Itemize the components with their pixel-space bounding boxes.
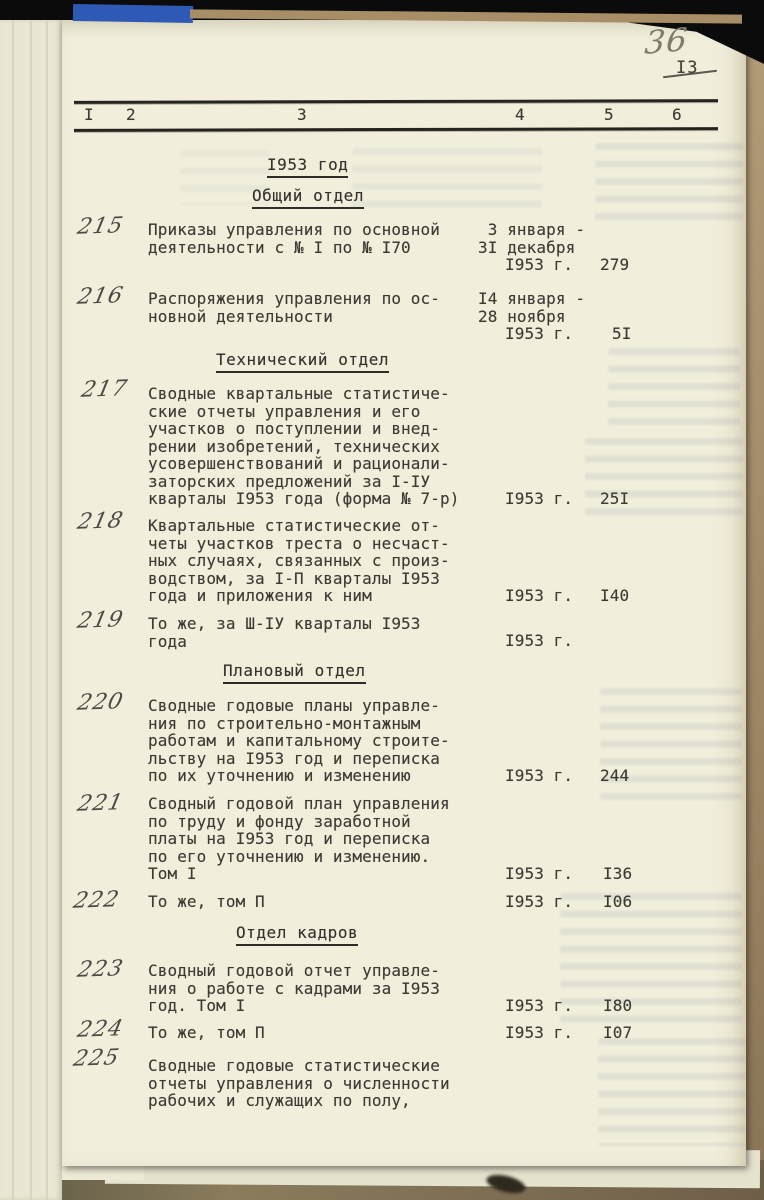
entry-description: Распоряжения управления по ос- новной де… [148, 290, 440, 325]
column-number-1: I [84, 106, 94, 124]
entry-sheet-count: I80 [603, 997, 632, 1015]
entry-description: Приказы управления по основной деятельно… [148, 221, 440, 256]
entry-number: 215 [75, 213, 126, 240]
entry-year: I953 г. [505, 325, 573, 343]
entry-sheet-count: 5I [612, 325, 631, 343]
bleedthrough-text [598, 1038, 746, 1146]
entry-year: I953 г. [505, 490, 573, 508]
entry-number: 223 [75, 956, 126, 983]
entry-number: 221 [75, 790, 126, 817]
entry-description: Сводный годовой отчет управле- ния о раб… [148, 962, 440, 1015]
entry-sheet-count: I06 [603, 893, 632, 911]
entry-description: Квартальные статистические от- четы учас… [148, 517, 450, 605]
entry-description: Сводные годовые статистические отчеты уп… [148, 1057, 450, 1110]
entry-description: То же, за Ш-IУ кварталы I953 года [148, 615, 421, 650]
entry-description: То же, том П [148, 1024, 265, 1042]
entry-description: Сводный годовой план управления по труду… [148, 795, 450, 883]
entry-number: 216 [75, 283, 126, 310]
entry-sheet-count: 244 [600, 767, 629, 785]
column-number-5: 5 [604, 106, 614, 124]
column-number-6: 6 [672, 106, 682, 124]
entry-description: Сводные годовые планы управле- ния по ст… [148, 697, 450, 785]
column-number-3: 3 [297, 106, 307, 124]
bleedthrough-text [560, 893, 742, 1033]
section-title-tekhnicheskiy-otdel: Технический отдел [216, 351, 389, 373]
section-title-otdel-kadrov: Отдел кадров [236, 924, 358, 946]
section-title-obshchiy-otdel: Общий отдел [252, 187, 364, 209]
entry-dates: 3 января - 3I декабря [478, 221, 585, 256]
page-content: 36 I3 I 2 3 4 5 6 I953 год Общий отдел 2… [0, 0, 764, 1200]
entry-number: 220 [75, 689, 126, 716]
column-number-2: 2 [126, 106, 136, 124]
entry-number: 217 [79, 376, 130, 403]
entry-number: 218 [75, 508, 126, 535]
entry-year: I953 г. [505, 767, 573, 785]
bleedthrough-text [608, 348, 740, 426]
entry-sheet-count: I07 [603, 1024, 632, 1042]
bleedthrough-text [352, 148, 542, 218]
section-title-planovyy-otdel: Плановый отдел [223, 662, 366, 684]
entry-number: 224 [75, 1016, 126, 1043]
entry-dates: I4 января - 28 ноября [478, 290, 585, 325]
entry-sheet-count: I40 [600, 587, 629, 605]
entry-year: I953 г. [505, 893, 573, 911]
bleedthrough-text [595, 143, 743, 228]
handwritten-page-number: 36 [643, 20, 690, 62]
column-number-4: 4 [515, 106, 525, 124]
table-rule-top [74, 99, 718, 104]
entry-year: I953 г. [505, 865, 573, 883]
entry-number: 219 [75, 607, 126, 634]
year-heading: I953 год [267, 156, 348, 178]
entry-description: То же, том П [148, 893, 265, 911]
entry-year: I953 г. [505, 587, 573, 605]
entry-year: I953 г. [505, 632, 573, 650]
entry-year: I953 г. [505, 997, 573, 1015]
entry-sheet-count: 279 [600, 256, 629, 274]
table-rule-bottom [74, 127, 718, 132]
entry-year: I953 г. [505, 256, 573, 274]
entry-description: Сводные квартальные статистиче- ские отч… [148, 385, 459, 508]
entry-sheet-count: 25I [600, 490, 629, 508]
entry-number: 222 [71, 887, 122, 914]
entry-number: 225 [71, 1045, 122, 1072]
entry-sheet-count: I36 [603, 865, 632, 883]
archival-scan: 36 I3 I 2 3 4 5 6 I953 год Общий отдел 2… [0, 0, 764, 1200]
entry-year: I953 г. [505, 1024, 573, 1042]
